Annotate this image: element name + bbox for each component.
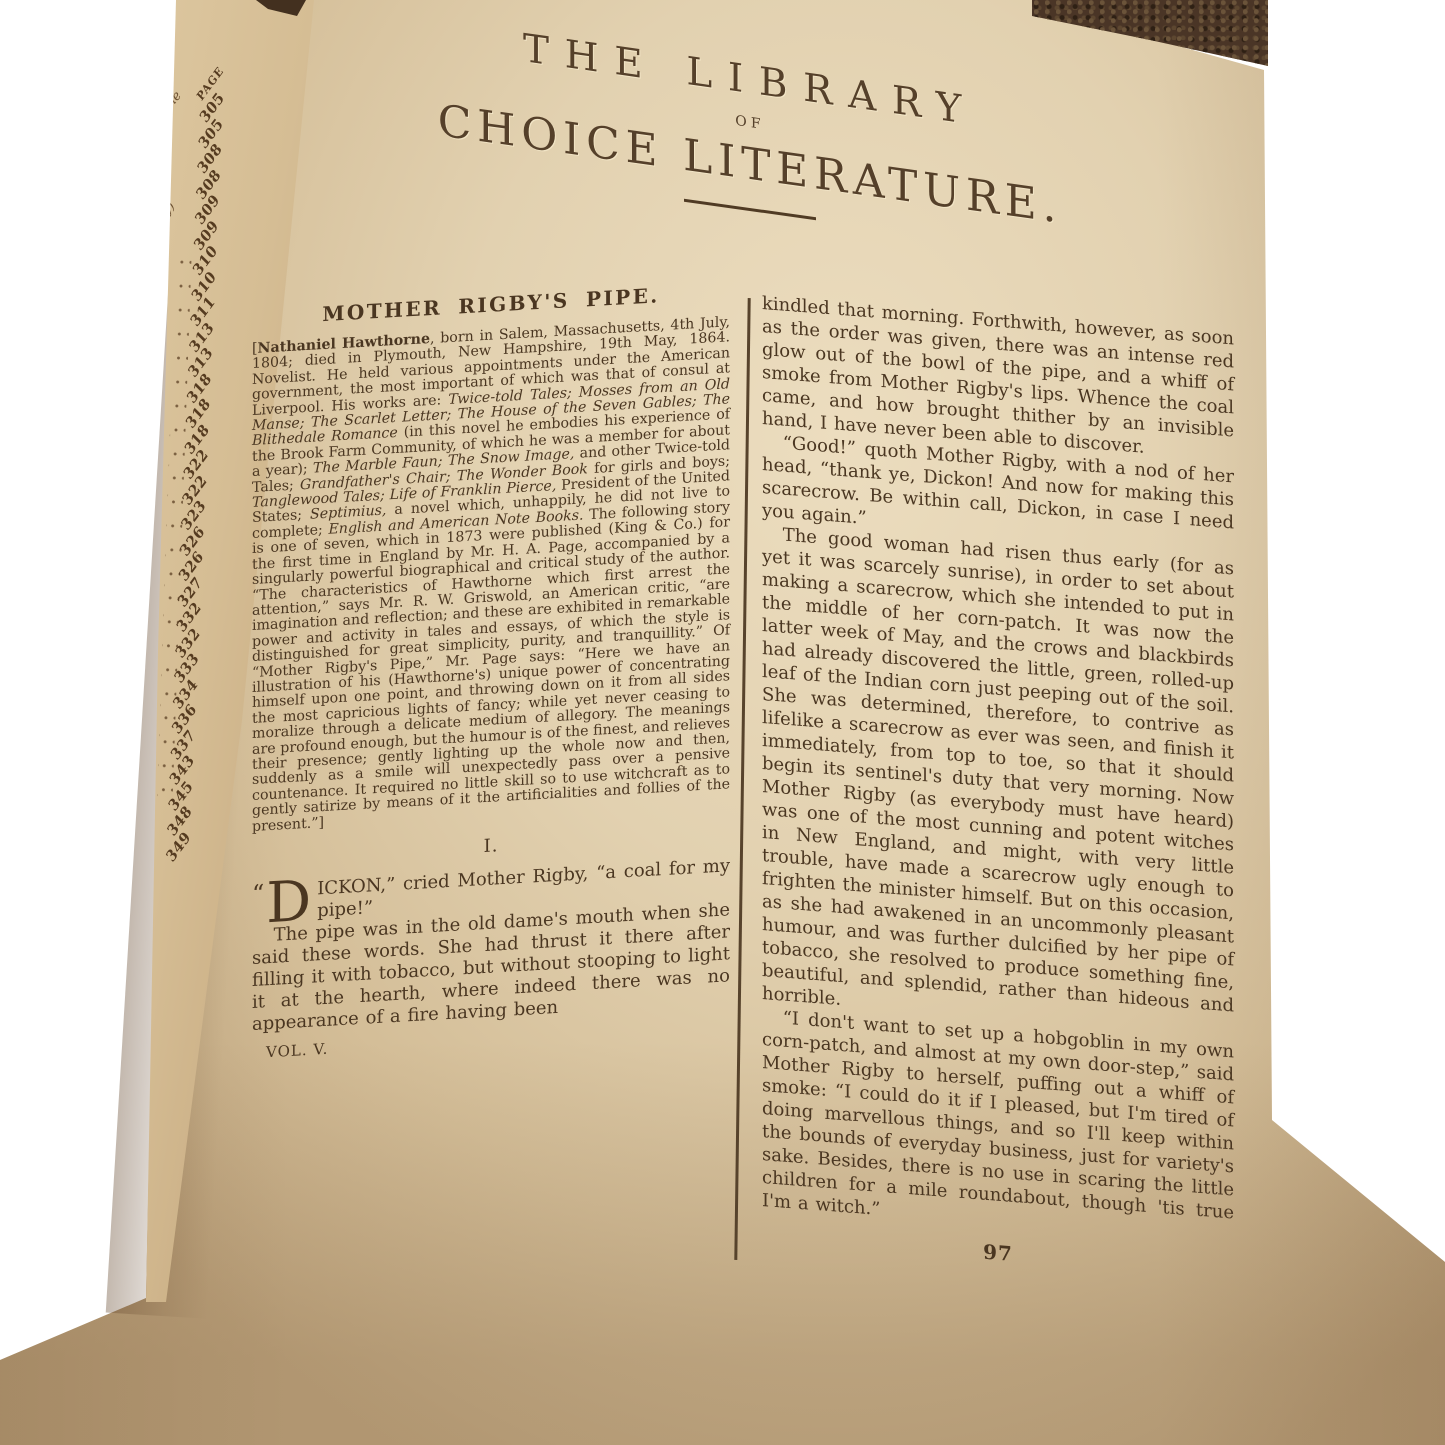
edge-page-number: 323 [137,500,210,529]
edge-page-number: 336 [128,704,201,733]
author-biography: [Nathaniel Hawthorne, born in Salem, Mas… [252,315,730,835]
edge-page-number: 326 [135,551,208,580]
edge-page-number: 311 [147,296,220,325]
edge-page-number: 308 [154,144,227,173]
right-column: kindled that morning. Forthwith, however… [762,292,1234,1282]
edge-page-number: 343 [126,755,199,784]
edge-page-number: 318 [142,398,215,427]
story-paragraph: The good woman had risen thus early (for… [762,522,1234,1040]
edge-page-number: 333 [130,653,203,682]
story-text-left: “DICKON,” cried Mother Rigby, “a coal fo… [252,855,730,1036]
drop-cap: D [266,878,317,925]
edge-page-number: 309 [151,195,224,224]
index-page-numbers: PAGE 30530530830830930931031031131331331… [122,69,230,860]
left-column: MOTHER RIGBY'S PIPE. [Nathaniel Hawthorn… [252,279,730,1062]
book-photo: ne (ay) PAGE 305305308308309309310310311… [0,0,1445,1445]
edge-page-number: 305 [156,93,229,122]
edge-page-number: 332 [133,602,206,631]
edge-page-number: 322 [140,449,213,478]
edge-page-number: 313 [144,347,217,376]
edge-page-number: 310 [149,246,222,275]
story-paragraph: “I don't want to set up a hobgoblin in m… [762,1005,1234,1247]
opening-quote-mark: “ [252,881,266,904]
